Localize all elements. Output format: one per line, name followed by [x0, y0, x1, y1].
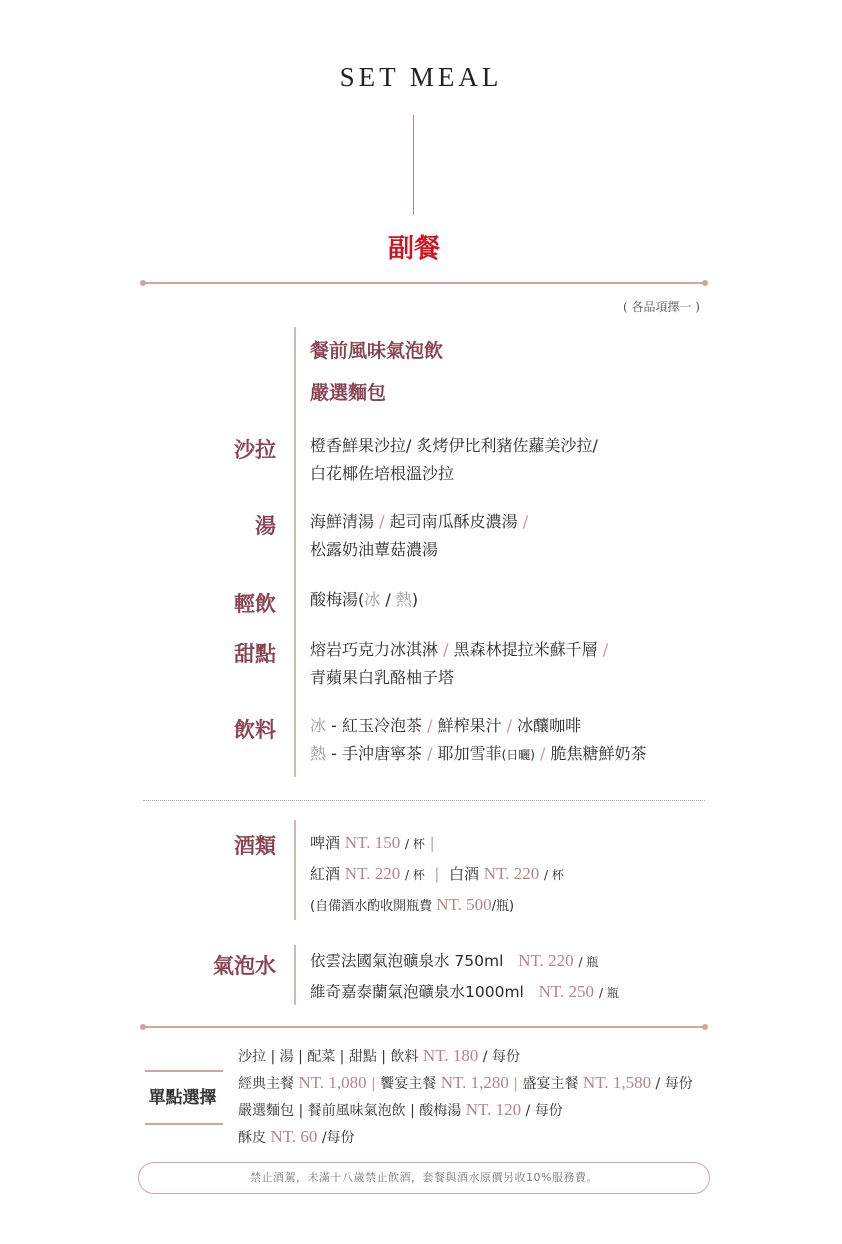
- beverage-hot-line: 熱 - 手沖唐寧茶 / 耶加雪菲(日曬) / 脆焦糖鮮奶茶: [310, 740, 647, 769]
- sparkling-item: 維奇嘉泰蘭氣泡礦泉水1000ml NT. 250 / 瓶: [310, 977, 619, 1008]
- choose-one-note: ( 各品項擇一 ): [540, 298, 700, 315]
- section-rule-top: [143, 282, 705, 284]
- salad-line-1: 橙香鮮果沙拉/ 炙烤伊比利豬佐蘿美沙拉/: [310, 432, 598, 460]
- soup-line-1: 海鮮清湯 / 起司南瓜酥皮濃湯 /: [310, 508, 528, 536]
- title-divider: [413, 115, 414, 215]
- section-rule-bottom: [143, 1026, 705, 1028]
- beer-line: 啤酒 NT. 150 / 杯 |: [310, 828, 564, 859]
- alcohol-options: 啤酒 NT. 150 / 杯 | 紅酒 NT. 220 / 杯 | 白酒 NT.…: [310, 828, 564, 922]
- dotted-divider: [143, 800, 705, 801]
- page-title: SET MEAL: [0, 62, 842, 93]
- soup-options: 海鮮清湯 / 起司南瓜酥皮濃湯 / 松露奶油蕈菇濃湯: [310, 508, 528, 564]
- alc-line-pastry: 酥皮 NT. 60 /每份: [238, 1123, 355, 1152]
- category-beverage: 飲料: [196, 714, 276, 744]
- alcohol-divider: [294, 820, 296, 920]
- feature-sparkling-drink: 餐前風味氣泡飲: [310, 336, 443, 363]
- sparkling-divider: [294, 945, 296, 1005]
- alc-line-extras: 嚴選麵包 | 餐前風味氣泡飲 | 酸梅湯 NT. 120 / 每份: [238, 1096, 563, 1125]
- salad-options: 橙香鮮果沙拉/ 炙烤伊比利豬佐蘿美沙拉/ 白花椰佐培根溫沙拉: [310, 432, 598, 488]
- sparkling-item: 依雲法國氣泡礦泉水 750ml NT. 220 / 瓶: [310, 946, 619, 977]
- section-title: 副餐: [0, 228, 828, 265]
- category-dessert: 甜點: [196, 638, 276, 668]
- alc-line-sides: 沙拉 | 湯 | 配菜 | 甜點 | 飲料 NT. 180 / 每份: [238, 1042, 520, 1071]
- category-alcohol: 酒類: [196, 830, 276, 860]
- feature-bread: 嚴選麵包: [310, 378, 386, 405]
- corkage-line: (自備酒水酌收開瓶費 NT. 500/瓶): [310, 890, 564, 922]
- beverage-options: 冰 - 紅玉冷泡茶 / 鮮榨果汁 / 冰釀咖啡 熱 - 手沖唐寧茶 / 耶加雪菲…: [310, 712, 647, 769]
- alc-rule-top: [145, 1070, 223, 1072]
- soup-line-2: 松露奶油蕈菇濃湯: [310, 536, 528, 564]
- light-drink-option: 酸梅湯(冰 / 熱): [310, 586, 418, 614]
- alc-rule-bottom: [145, 1123, 223, 1125]
- category-salad: 沙拉: [196, 434, 276, 464]
- a-la-carte-title: 單點選擇: [140, 1083, 225, 1108]
- category-soup: 湯: [196, 510, 276, 540]
- category-light-drink: 輕飲: [196, 588, 276, 618]
- footer-notice: 禁止酒駕，未滿十八歲禁止飲酒，套餐與酒水原價另收10%服務費。: [138, 1162, 710, 1194]
- dessert-line-2: 青蘋果白乳酪柚子塔: [310, 664, 608, 692]
- alc-line-mains: 經典主餐 NT. 1,080 | 饗宴主餐 NT. 1,280 | 盛宴主餐 N…: [238, 1069, 693, 1098]
- salad-line-2: 白花椰佐培根溫沙拉: [310, 460, 598, 488]
- category-sparkling-water: 氣泡水: [180, 950, 276, 980]
- wine-line: 紅酒 NT. 220 / 杯 | 白酒 NT. 220 / 杯: [310, 859, 564, 890]
- dessert-options: 熔岩巧克力冰淇淋 / 黑森林提拉米蘇千層 / 青蘋果白乳酪柚子塔: [310, 636, 608, 692]
- sparkling-options: 依雲法國氣泡礦泉水 750ml NT. 220 / 瓶 維奇嘉泰蘭氣泡礦泉水10…: [310, 946, 619, 1008]
- menu-divider: [294, 327, 296, 777]
- dessert-line-1: 熔岩巧克力冰淇淋 / 黑森林提拉米蘇千層 /: [310, 636, 608, 664]
- beverage-cold-line: 冰 - 紅玉冷泡茶 / 鮮榨果汁 / 冰釀咖啡: [310, 712, 647, 740]
